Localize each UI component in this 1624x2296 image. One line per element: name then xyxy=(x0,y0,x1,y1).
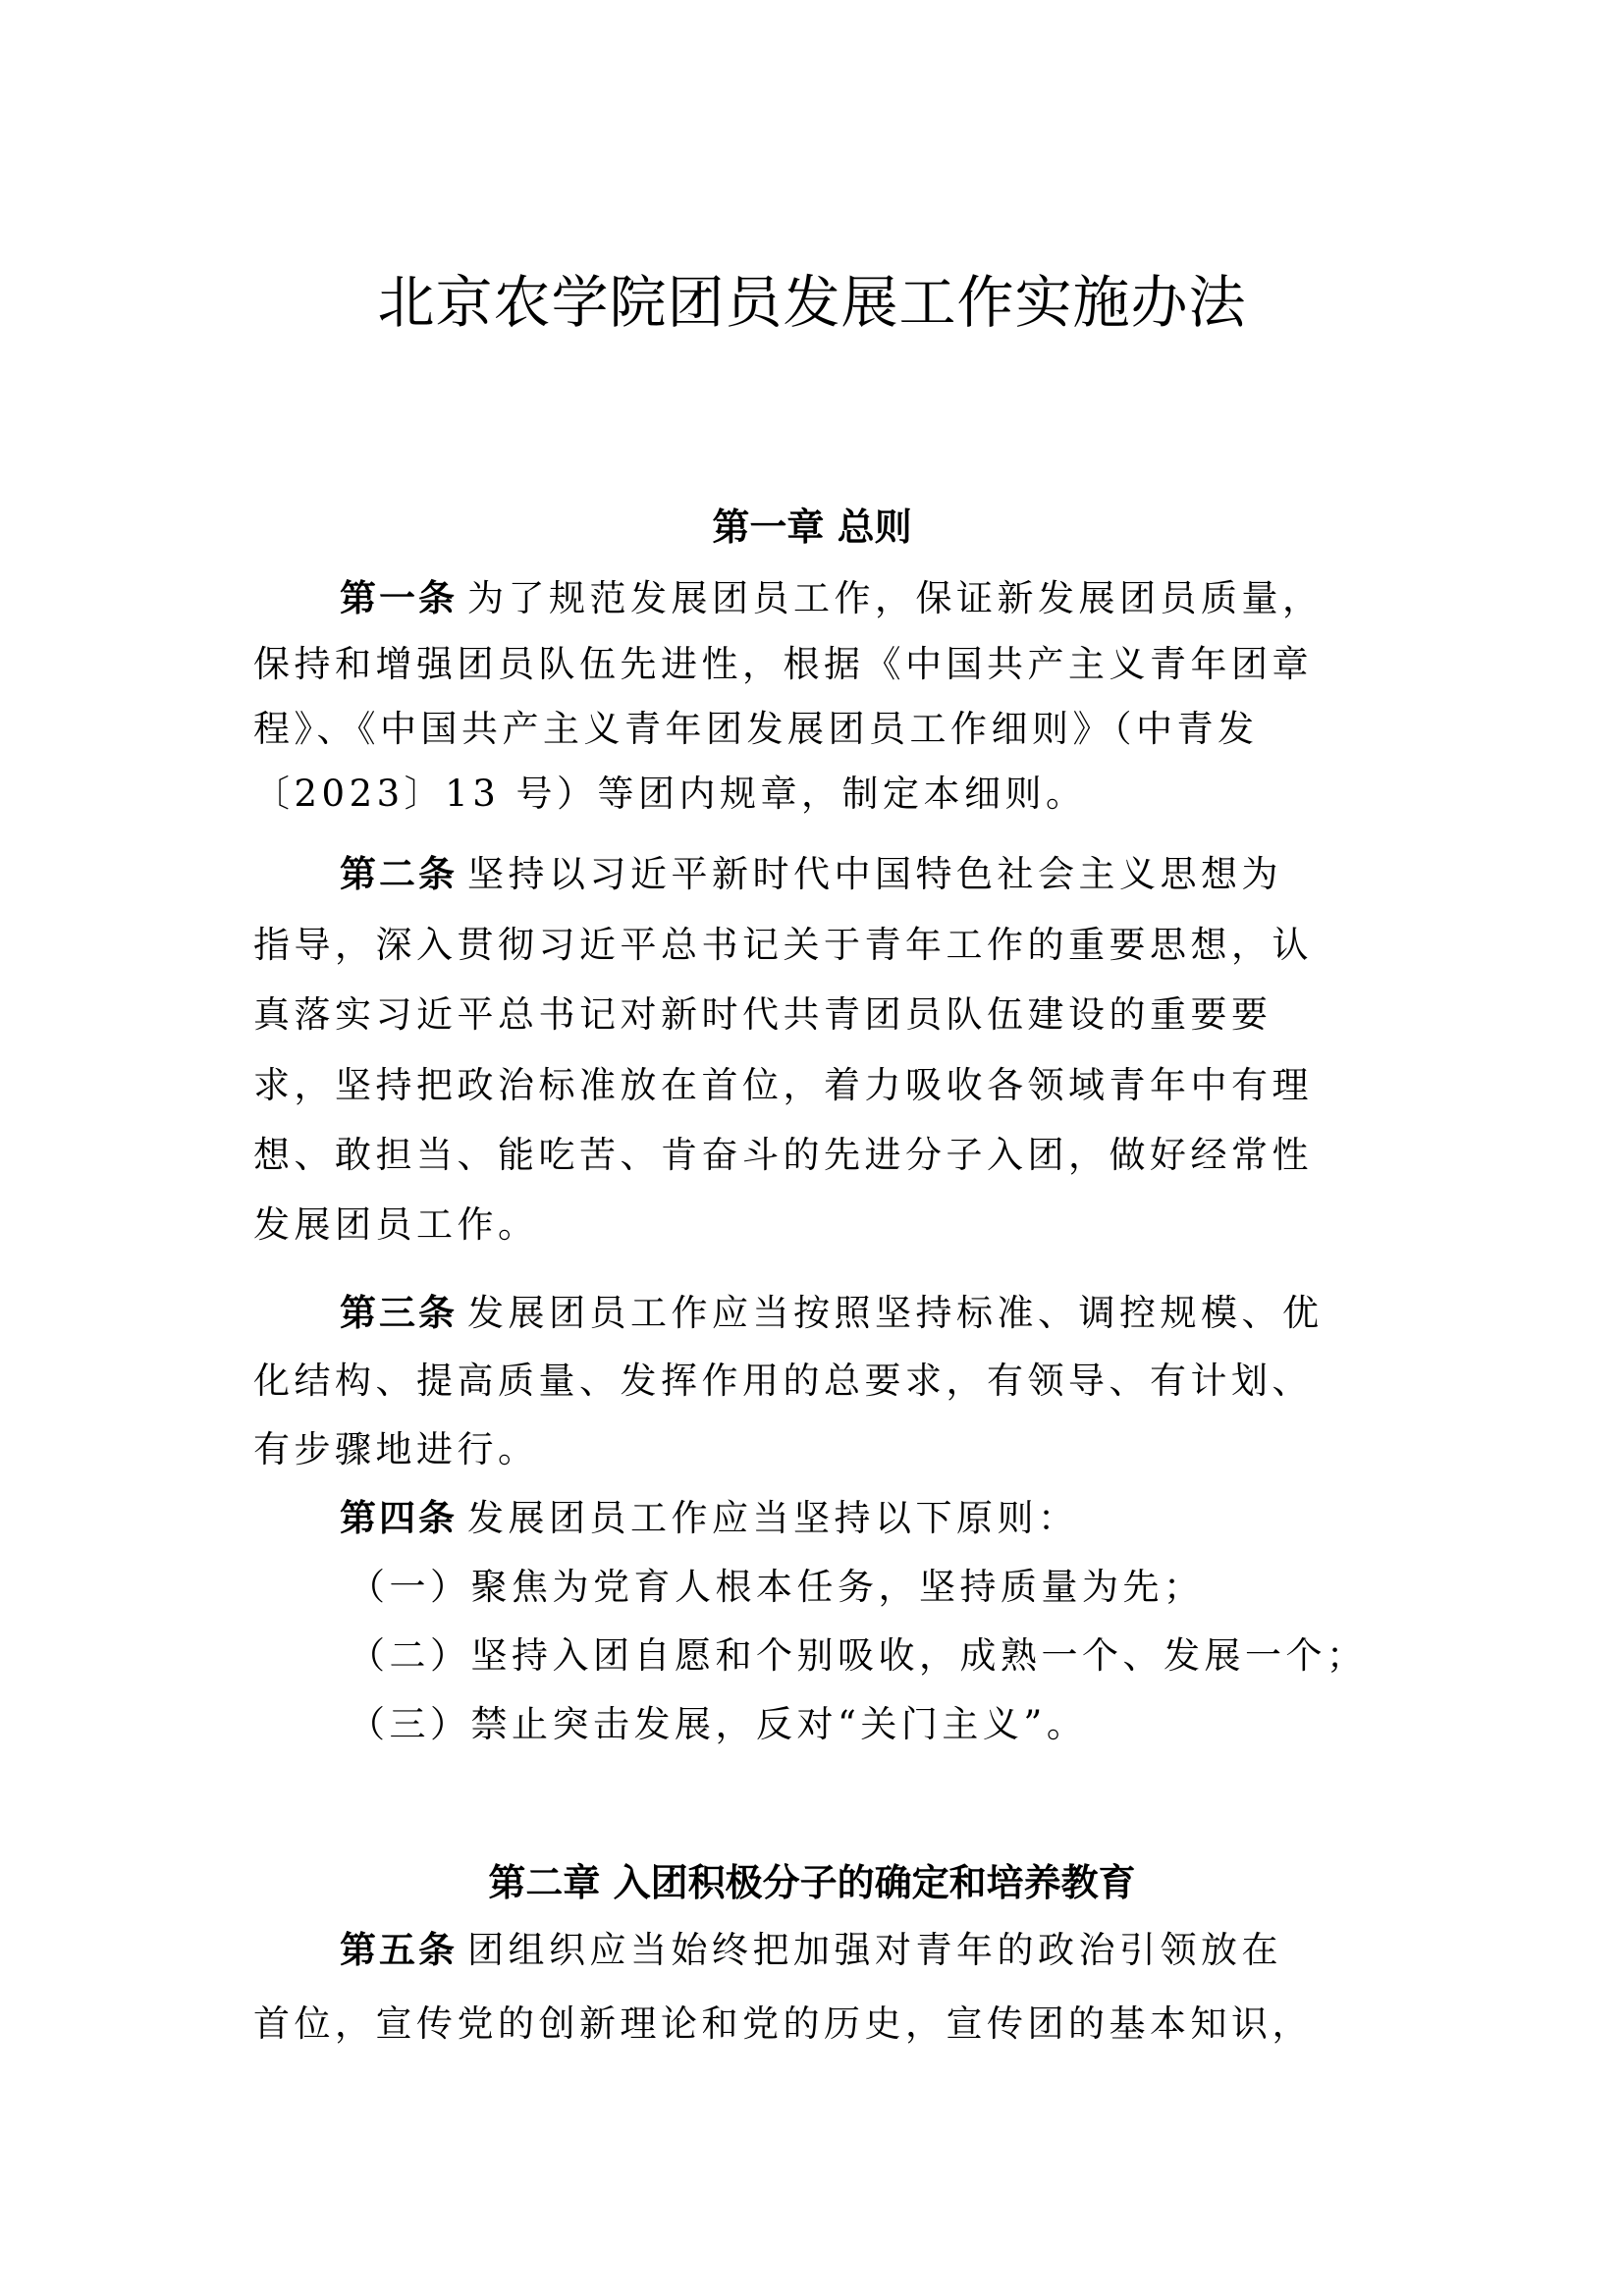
chapter-heading: 第二章 入团积极分子的确定和培养教育 xyxy=(0,1858,1624,1907)
article-label: 第二条 xyxy=(340,853,458,895)
document-page: 北京农学院团员发展工作实施办法 第一章 总则 第一条为了规范发展团员工作，保证新… xyxy=(0,0,1624,2296)
article-text-line: 想、敢担当、能吃苦、肯奋斗的先进分子入团，做好经常性 xyxy=(253,1131,1382,1180)
article-paragraph-line: 第五条团组织应当始终把加强对青年的政治引领放在 xyxy=(340,1926,1469,1975)
article-label: 第一条 xyxy=(340,577,458,619)
article-text-line: 发展团员工作。 xyxy=(253,1201,1382,1250)
article-text-line: 化结构、提高质量、发挥作用的总要求，有领导、有计划、 xyxy=(253,1357,1382,1406)
article-text: 发展团员工作应当坚持以下原则： xyxy=(467,1497,1079,1539)
article-label: 第三条 xyxy=(340,1292,458,1334)
article-text-line: 〔2023〕13 号）等团内规章，制定本细则。 xyxy=(253,770,1382,819)
article-text-line: 首位，宣传党的创新理论和党的历史，宣传团的基本知识， xyxy=(253,2000,1382,2049)
article-label: 第四条 xyxy=(340,1497,458,1539)
principle-item: （一）聚焦为党育人根本任务，坚持质量为先； xyxy=(349,1563,1478,1612)
article-paragraph-line: 第二条坚持以习近平新时代中国特色社会主义思想为 xyxy=(340,850,1469,899)
article-paragraph-line: 第四条发展团员工作应当坚持以下原则： xyxy=(340,1494,1469,1543)
document-title: 北京农学院团员发展工作实施办法 xyxy=(0,263,1624,342)
principle-item: （三）禁止突击发展，反对“关门主义”。 xyxy=(349,1700,1478,1749)
article-text-line: 程》、《中国共产主义青年团发展团员工作细则》（中青发 xyxy=(253,705,1382,754)
article-text: 发展团员工作应当按照坚持标准、调控规模、优 xyxy=(467,1292,1324,1334)
article-text-line: 保持和增强团员队伍先进性，根据《中国共产主义青年团章 xyxy=(253,640,1382,689)
chapter-heading: 第一章 总则 xyxy=(0,503,1624,552)
article-paragraph-line: 第三条发展团员工作应当按照坚持标准、调控规模、优 xyxy=(340,1289,1469,1338)
principle-item: （二）坚持入团自愿和个别吸收，成熟一个、发展一个； xyxy=(349,1631,1478,1681)
article-text-line: 求，坚持把政治标准放在首位，着力吸收各领域青年中有理 xyxy=(253,1061,1382,1110)
article-text-line: 真落实习近平总书记对新时代共青团员队伍建设的重要要 xyxy=(253,990,1382,1040)
article-label: 第五条 xyxy=(340,1929,458,1971)
article-text-line: 有步骤地进行。 xyxy=(253,1425,1382,1474)
article-text-line: 指导，深入贯彻习近平总书记关于青年工作的重要思想，认 xyxy=(253,921,1382,970)
article-text: 为了规范发展团员工作，保证新发展团员质量， xyxy=(467,577,1324,619)
article-paragraph-line: 第一条为了规范发展团员工作，保证新发展团员质量， xyxy=(340,574,1469,623)
article-text: 坚持以习近平新时代中国特色社会主义思想为 xyxy=(467,853,1282,895)
article-text: 团组织应当始终把加强对青年的政治引领放在 xyxy=(467,1929,1282,1971)
